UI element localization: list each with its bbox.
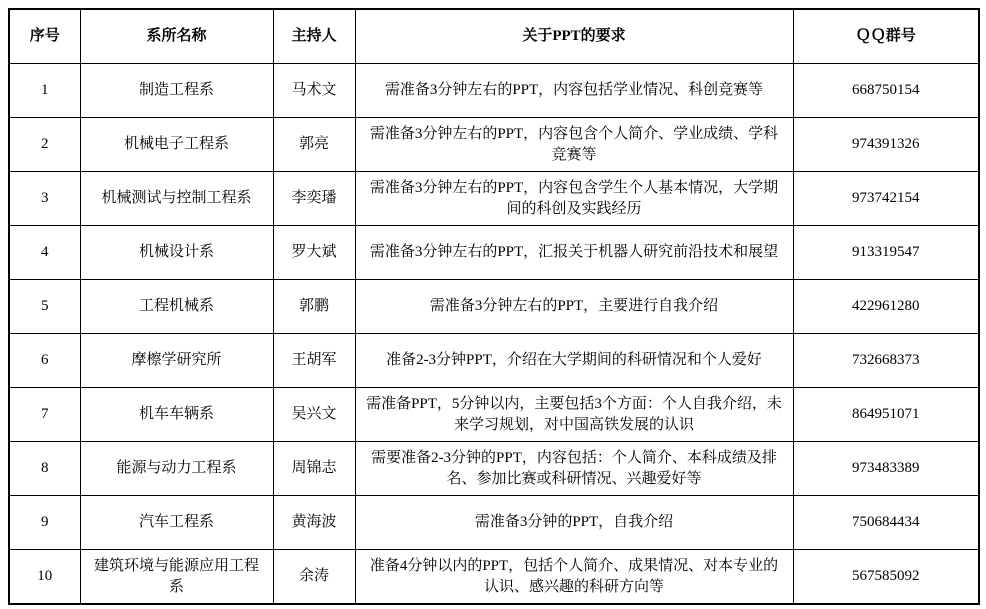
cell-qq: 422961280 — [793, 280, 979, 334]
cell-requirement: 需准备3分钟左右的PPT，内容包含学生个人基本情况，大学期间的科创及实践经历 — [355, 172, 793, 226]
table-row: 7 机车车辆系 吴兴文 需准备PPT，5分钟以内，主要包括3个方面：个人自我介绍… — [9, 388, 979, 442]
cell-qq: 750684434 — [793, 496, 979, 550]
cell-host: 余涛 — [273, 550, 355, 605]
cell-department: 机械设计系 — [80, 226, 273, 280]
cell-department: 机械测试与控制工程系 — [80, 172, 273, 226]
cell-department: 能源与动力工程系 — [80, 442, 273, 496]
header-no: 序号 — [9, 9, 80, 64]
cell-qq: 864951071 — [793, 388, 979, 442]
cell-requirement: 需准备3分钟左右的PPT，内容包含个人简介、学业成绩、学科竞赛等 — [355, 118, 793, 172]
cell-qq: 973742154 — [793, 172, 979, 226]
cell-host: 李奕璠 — [273, 172, 355, 226]
cell-host: 王胡军 — [273, 334, 355, 388]
ppt-requirements-table: 序号 系所名称 主持人 关于PPT的要求 ＱＱ群号 1 制造工程系 马术文 需准… — [8, 8, 980, 605]
cell-requirement: 需准备3分钟的PPT，自我介绍 — [355, 496, 793, 550]
header-qq: ＱＱ群号 — [793, 9, 979, 64]
cell-department: 建筑环境与能源应用工程系 — [80, 550, 273, 605]
table-row: 8 能源与动力工程系 周锦志 需要准备2-3分钟的PPT，内容包括：个人简介、本… — [9, 442, 979, 496]
cell-requirement: 需要准备2-3分钟的PPT，内容包括：个人简介、本科成绩及排名、参加比赛或科研情… — [355, 442, 793, 496]
cell-no: 6 — [9, 334, 80, 388]
cell-department: 制造工程系 — [80, 64, 273, 118]
cell-no: 10 — [9, 550, 80, 605]
table-row: 9 汽车工程系 黄海波 需准备3分钟的PPT，自我介绍 750684434 — [9, 496, 979, 550]
cell-qq: 732668373 — [793, 334, 979, 388]
table-row: 10 建筑环境与能源应用工程系 余涛 准备4分钟以内的PPT，包括个人简介、成果… — [9, 550, 979, 605]
cell-requirement: 准备4分钟以内的PPT，包括个人简介、成果情况、对本专业的认识、感兴趣的科研方向… — [355, 550, 793, 605]
table-row: 2 机械电子工程系 郭亮 需准备3分钟左右的PPT，内容包含个人简介、学业成绩、… — [9, 118, 979, 172]
cell-qq: 668750154 — [793, 64, 979, 118]
cell-department: 汽车工程系 — [80, 496, 273, 550]
cell-department: 机械电子工程系 — [80, 118, 273, 172]
cell-qq: 913319547 — [793, 226, 979, 280]
cell-host: 黄海波 — [273, 496, 355, 550]
cell-qq: 974391326 — [793, 118, 979, 172]
cell-host: 吴兴文 — [273, 388, 355, 442]
cell-department: 工程机械系 — [80, 280, 273, 334]
header-host: 主持人 — [273, 9, 355, 64]
table-header-row: 序号 系所名称 主持人 关于PPT的要求 ＱＱ群号 — [9, 9, 979, 64]
cell-qq: 567585092 — [793, 550, 979, 605]
cell-requirement: 需准备3分钟左右的PPT，主要进行自我介绍 — [355, 280, 793, 334]
cell-no: 2 — [9, 118, 80, 172]
cell-qq: 973483389 — [793, 442, 979, 496]
header-department: 系所名称 — [80, 9, 273, 64]
cell-host: 罗大斌 — [273, 226, 355, 280]
cell-no: 5 — [9, 280, 80, 334]
table-row: 4 机械设计系 罗大斌 需准备3分钟左右的PPT，汇报关于机器人研究前沿技术和展… — [9, 226, 979, 280]
cell-requirement: 需准备3分钟左右的PPT，内容包括学业情况、科创竞赛等 — [355, 64, 793, 118]
header-requirement: 关于PPT的要求 — [355, 9, 793, 64]
table-row: 5 工程机械系 郭鹏 需准备3分钟左右的PPT，主要进行自我介绍 4229612… — [9, 280, 979, 334]
cell-host: 周锦志 — [273, 442, 355, 496]
cell-department: 摩檫学研究所 — [80, 334, 273, 388]
cell-requirement: 需准备3分钟左右的PPT，汇报关于机器人研究前沿技术和展望 — [355, 226, 793, 280]
table-row: 6 摩檫学研究所 王胡军 准备2-3分钟PPT，介绍在大学期间的科研情况和个人爱… — [9, 334, 979, 388]
cell-no: 9 — [9, 496, 80, 550]
table-row: 1 制造工程系 马术文 需准备3分钟左右的PPT，内容包括学业情况、科创竞赛等 … — [9, 64, 979, 118]
cell-requirement: 需准备PPT，5分钟以内，主要包括3个方面：个人自我介绍，未来学习规划，对中国高… — [355, 388, 793, 442]
document-page: 序号 系所名称 主持人 关于PPT的要求 ＱＱ群号 1 制造工程系 马术文 需准… — [0, 0, 986, 609]
cell-host: 郭亮 — [273, 118, 355, 172]
cell-host: 马术文 — [273, 64, 355, 118]
cell-host: 郭鹏 — [273, 280, 355, 334]
cell-department: 机车车辆系 — [80, 388, 273, 442]
cell-no: 3 — [9, 172, 80, 226]
cell-no: 8 — [9, 442, 80, 496]
cell-requirement: 准备2-3分钟PPT，介绍在大学期间的科研情况和个人爱好 — [355, 334, 793, 388]
cell-no: 7 — [9, 388, 80, 442]
cell-no: 4 — [9, 226, 80, 280]
table-row: 3 机械测试与控制工程系 李奕璠 需准备3分钟左右的PPT，内容包含学生个人基本… — [9, 172, 979, 226]
cell-no: 1 — [9, 64, 80, 118]
